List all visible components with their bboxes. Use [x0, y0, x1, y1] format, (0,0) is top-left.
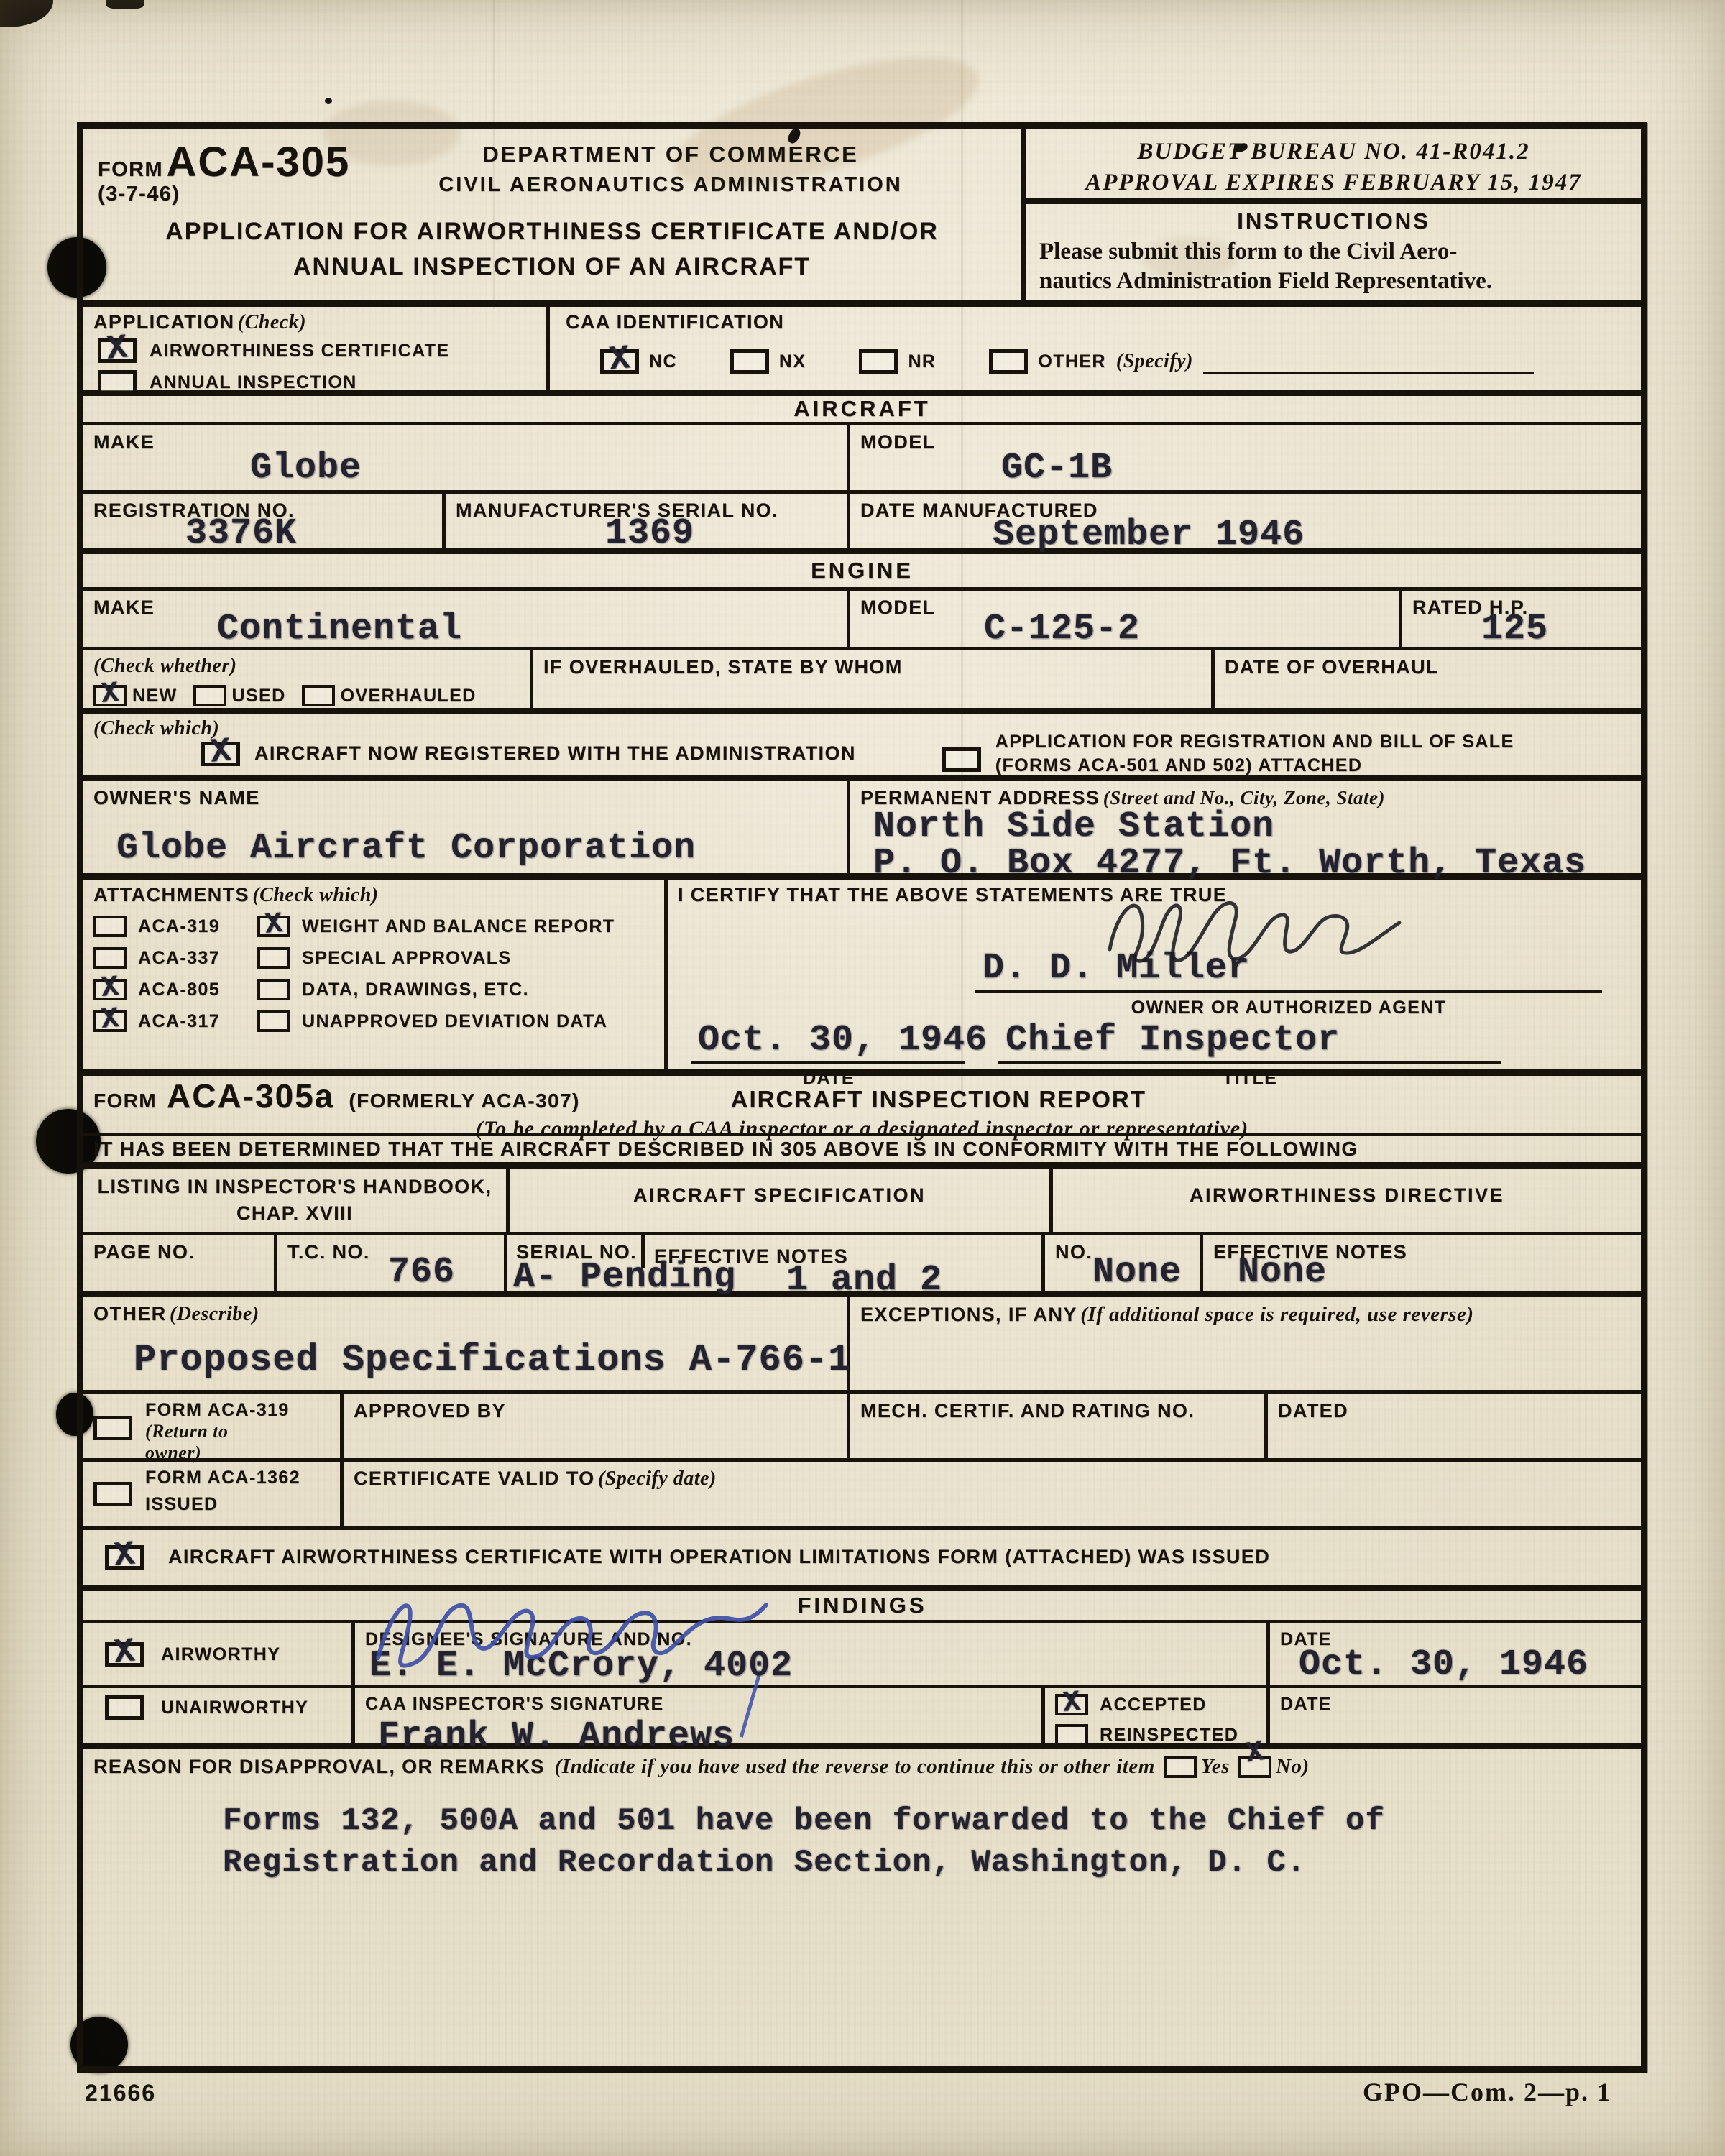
- engine-make-row: MAKE Continental MODEL C-125-2 RATED H.P…: [83, 591, 1641, 650]
- application-cell: APPLICATION (Check) X AIRWORTHINESS CERT…: [83, 307, 550, 390]
- aca1362-cell: FORM ACA-1362 ISSUED: [83, 1462, 344, 1526]
- application-row: APPLICATION (Check) X AIRWORTHINESS CERT…: [83, 307, 1641, 396]
- rated-hp-value: 125: [1481, 609, 1631, 650]
- used-label: USED: [232, 686, 286, 706]
- certificate-valid-italic: (Specify date): [598, 1468, 717, 1490]
- instructions-line1: Please submit this form to the Civil Aer…: [1039, 237, 1628, 267]
- registration-attached-checkbox[interactable]: [942, 747, 981, 772]
- checkbox-mark: X: [100, 972, 120, 1005]
- owner-name-label: OWNER'S NAME: [93, 787, 837, 809]
- listing-header-line1: LISTING IN INSPECTOR'S HANDBOOK,: [93, 1176, 496, 1198]
- nc-checkbox[interactable]: X: [600, 349, 639, 374]
- other-describe-value: Proposed Specifications A-766-1: [134, 1339, 837, 1381]
- aca-319-checkbox[interactable]: [93, 916, 126, 937]
- dated-cell: DATED: [1268, 1394, 1641, 1458]
- inspection-date-label: DATE: [1280, 1694, 1631, 1715]
- directive-no-value: None: [1092, 1252, 1190, 1293]
- accepted-checkbox[interactable]: X: [1055, 1694, 1088, 1715]
- airworthiness-certificate-label: AIRWORTHINESS CERTIFICATE: [149, 341, 449, 361]
- aircraft-spec-header-cell: AIRCRAFT SPECIFICATION: [510, 1169, 1053, 1232]
- registered-label: AIRCRAFT NOW REGISTERED WITH THE ADMINIS…: [254, 742, 856, 765]
- attachments-label: ATTACHMENTS: [93, 884, 249, 906]
- caa-inspector-cell: CAA INSPECTOR'S SIGNATURE Frank W. Andre…: [355, 1688, 1045, 1743]
- listing-header-line2: CHAP. XVIII: [93, 1202, 496, 1225]
- application-label-italic: (Check): [238, 311, 306, 333]
- other-exceptions-row: OTHER (Describe) Proposed Specifications…: [83, 1297, 1641, 1394]
- aca-337-checkbox[interactable]: [93, 947, 126, 969]
- owner-row: OWNER'S NAME Globe Aircraft Corporation …: [83, 781, 1641, 880]
- unairworthy-label: UNAIRWORTHY: [161, 1697, 308, 1718]
- exceptions-cell: EXCEPTIONS, IF ANY (If additional space …: [850, 1297, 1641, 1390]
- caa-identification-label: CAA IDENTIFICATION: [566, 311, 1631, 333]
- aca1362-row: FORM ACA-1362 ISSUED CERTIFICATE VALID T…: [83, 1462, 1641, 1530]
- instructions-body: Please submit this form to the Civil Aer…: [1039, 237, 1628, 297]
- unapproved-deviation-label: UNAPPROVED DEVIATION DATA: [302, 1011, 607, 1032]
- remarks-label: REASON FOR DISAPPROVAL, OR REMARKS: [93, 1756, 545, 1778]
- owner-agent-label: OWNER OR AUTHORIZED AGENT: [975, 998, 1602, 1018]
- reverse-no-checkbox[interactable]: X: [1238, 1756, 1271, 1778]
- aca319-return-cell: FORM ACA-319 (Return to owner): [83, 1394, 344, 1458]
- new-label: NEW: [132, 686, 178, 706]
- inspection-date-cell: DATE: [1270, 1688, 1641, 1743]
- aca-805-checkbox[interactable]: X: [93, 979, 126, 1000]
- owner-address-label: PERMANENT ADDRESS: [860, 787, 1100, 808]
- special-approvals-label: SPECIAL APPROVALS: [302, 948, 511, 969]
- tc-no-value: 766: [388, 1252, 494, 1293]
- tc-no-cell: T.C. NO. 766: [277, 1235, 507, 1291]
- airworthy-checkbox[interactable]: X: [105, 1642, 144, 1667]
- data-drawings-checkbox[interactable]: [257, 979, 290, 1000]
- accepted-reinspected-cell: X ACCEPTED REINSPECTED: [1045, 1688, 1270, 1743]
- caa-identification-cell: CAA IDENTIFICATION X NC NX NR OTHER (Spe…: [550, 307, 1641, 390]
- certify-title-line[interactable]: [998, 1061, 1501, 1064]
- gpo-imprint: GPO—Com. 2—p. 1: [1363, 2077, 1611, 2107]
- form-number: ACA-305: [166, 139, 350, 185]
- reinspected-checkbox[interactable]: [1055, 1724, 1088, 1746]
- airworthy-cell: X AIRWORTHY: [83, 1623, 355, 1685]
- aircraft-model-cell: MODEL GC-1B: [850, 425, 1641, 490]
- caa-inspector-label: CAA INSPECTOR'S SIGNATURE: [365, 1694, 1031, 1715]
- overhauled-by-cell: IF OVERHAULED, STATE BY WHOM: [533, 650, 1215, 708]
- header-right: BUDGET BUREAU NO. 41-R041.2 APPROVAL EXP…: [1026, 129, 1641, 300]
- department-line2: CIVIL AERONAUTICS ADMINISTRATION: [356, 173, 985, 197]
- checkbox-mark: X: [264, 908, 284, 942]
- aca319-return-row: FORM ACA-319 (Return to owner) APPROVED …: [83, 1394, 1641, 1462]
- owner-address-line1: North Side Station: [873, 806, 1631, 847]
- registration-no-value: 3376K: [185, 513, 432, 554]
- other-specify-blank[interactable]: [1203, 350, 1534, 374]
- exceptions-label: EXCEPTIONS, IF ANY: [860, 1304, 1077, 1325]
- aca-317-label: ACA-317: [138, 1011, 246, 1032]
- remarks-label-italic: (Indicate if you have used the reverse t…: [555, 1755, 1155, 1779]
- attachments-cell: ATTACHMENTS (Check which) ACA-319 X WEIG…: [83, 880, 668, 1069]
- certify-date-line[interactable]: [691, 1061, 965, 1064]
- certificate-valid-label: CERTIFICATE VALID TO: [354, 1468, 595, 1489]
- engine-make-value: Continental: [217, 609, 837, 650]
- data-drawings-label: DATA, DRAWINGS, ETC.: [302, 980, 529, 1000]
- unapproved-deviation-checkbox[interactable]: [257, 1010, 290, 1032]
- weight-balance-checkbox[interactable]: X: [257, 916, 290, 937]
- ink-speck: [0, 0, 53, 27]
- budget-bureau-box: BUDGET BUREAU NO. 41-R041.2 APPROVAL EXP…: [1026, 129, 1641, 204]
- overhauled-by-label: IF OVERHAULED, STATE BY WHOM: [543, 656, 1201, 678]
- unairworthy-cell: UNAIRWORTHY: [83, 1688, 355, 1743]
- spec-serial-value: A- Pending: [513, 1257, 736, 1298]
- form-aca319-label: FORM ACA-319: [145, 1400, 290, 1421]
- ink-speck: [325, 98, 332, 104]
- form-aca1362-label: FORM ACA-1362: [145, 1468, 300, 1488]
- reverse-yes-label: Yes: [1201, 1755, 1230, 1779]
- remarks-line1: Forms 132, 500A and 501 have been forwar…: [223, 1803, 1631, 1839]
- registration-attached-line2: (FORMS ACA-501 AND 502) ATTACHED: [995, 755, 1514, 776]
- date-manufactured-value: September 1946: [993, 515, 1631, 556]
- directive-no-cell: NO. None: [1045, 1235, 1203, 1291]
- nc-label: NC: [649, 351, 677, 372]
- header-left: FORM ACA-305 (3-7-46) DEPARTMENT OF COMM…: [83, 129, 1026, 300]
- airworthiness-certificate-checkbox[interactable]: X: [98, 338, 137, 363]
- mech-certif-cell: MECH. CERTIF. AND RATING NO.: [850, 1394, 1268, 1458]
- other-label: OTHER: [1038, 351, 1106, 372]
- checkbox-mark: X: [100, 678, 120, 711]
- attachments-certify-row: ATTACHMENTS (Check which) ACA-319 X WEIG…: [83, 880, 1641, 1076]
- inspection-form-word: FORM: [93, 1089, 157, 1112]
- form-id-block: FORM ACA-305 (3-7-46): [98, 139, 356, 206]
- aircraft-make-model-row: MAKE Globe MODEL GC-1B: [83, 425, 1641, 494]
- other-checkbox[interactable]: [989, 349, 1028, 374]
- certify-date-value: Oct. 30, 1946: [698, 1020, 980, 1061]
- certificate-issued-label: AIRCRAFT AIRWORTHINESS CERTIFICATE WITH …: [168, 1546, 1270, 1568]
- caa-inspector-row: UNAIRWORTHY CAA INSPECTOR'S SIGNATURE Fr…: [83, 1688, 1641, 1749]
- page-no-label: PAGE NO.: [93, 1241, 264, 1263]
- remarks-row: REASON FOR DISAPPROVAL, OR REMARKS (Indi…: [83, 1749, 1641, 2066]
- instructions-title: INSTRUCTIONS: [1039, 208, 1628, 234]
- accepted-label: ACCEPTED: [1100, 1695, 1207, 1715]
- aircraft-make-cell: MAKE Globe: [83, 425, 850, 490]
- mech-certif-label: MECH. CERTIF. AND RATING NO.: [860, 1400, 1254, 1422]
- findings-section-bar: FINDINGS: [83, 1591, 1641, 1623]
- form-aca319-return1: (Return to: [145, 1421, 290, 1442]
- exceptions-italic: (If additional space is required, use re…: [1080, 1303, 1473, 1326]
- new-checkbox[interactable]: X: [93, 685, 126, 706]
- form-aca319-checkbox[interactable]: [93, 1416, 132, 1440]
- other-specify-label: (Specify): [1116, 350, 1193, 373]
- annual-inspection-checkbox[interactable]: [98, 370, 137, 395]
- aircraft-spec-header: AIRCRAFT SPECIFICATION: [633, 1184, 926, 1206]
- checkbox-mark: X: [106, 329, 129, 369]
- registration-status-row: (Check which) X AIRCRAFT NOW REGISTERED …: [83, 714, 1641, 781]
- nx-label: NX: [779, 351, 806, 372]
- other-describe-label: OTHER: [93, 1303, 167, 1325]
- airworthy-label: AIRWORTHY: [161, 1644, 280, 1665]
- used-checkbox[interactable]: [193, 685, 226, 706]
- directive-notes-value: None: [1238, 1252, 1631, 1293]
- form-aca319-return2: owner): [145, 1442, 290, 1464]
- engine-section-bar: ENGINE: [83, 554, 1641, 591]
- certificate-issued-checkbox[interactable]: X: [105, 1545, 144, 1570]
- application-label: APPLICATION: [93, 311, 234, 333]
- checkbox-mark: X: [100, 1003, 120, 1037]
- determination-row: IT HAS BEEN DETERMINED THAT THE AIRCRAFT…: [83, 1136, 1641, 1169]
- owner-address-cell: PERMANENT ADDRESS (Street and No., City,…: [850, 781, 1641, 873]
- attachments-label-italic: (Check which): [252, 884, 378, 906]
- inspection-form-number: ACA-305a: [167, 1077, 334, 1115]
- unairworthy-checkbox[interactable]: [105, 1695, 144, 1720]
- overhaul-date-label: DATE OF OVERHAUL: [1225, 656, 1631, 678]
- other-describe-cell: OTHER (Describe) Proposed Specifications…: [83, 1297, 850, 1390]
- weight-balance-label: WEIGHT AND BALANCE REPORT: [302, 916, 615, 937]
- budget-bureau-line2: APPROVAL EXPIRES FEBRUARY 15, 1947: [1026, 170, 1641, 196]
- reverse-yes-checkbox[interactable]: [1164, 1756, 1197, 1778]
- checkbox-mark: X: [608, 340, 632, 379]
- findings-section-title: FINDINGS: [797, 1593, 926, 1618]
- airworthiness-directive-header: AIRWORTHINESS DIRECTIVE: [1190, 1184, 1504, 1206]
- registration-no-cell: REGISTRATION NO. 3376K: [83, 494, 446, 548]
- designee-signature-image: [369, 1577, 786, 1685]
- form-title-line2: ANNUAL INSPECTION OF AN AIRCRAFT: [98, 253, 1006, 281]
- other-describe-italic: (Describe): [170, 1303, 259, 1325]
- owner-name-value: Globe Aircraft Corporation: [116, 828, 837, 869]
- aca-317-checkbox[interactable]: X: [93, 1010, 126, 1032]
- checkbox-mark: X: [1062, 1687, 1082, 1720]
- directive-notes-cell: EFFECTIVE NOTES None: [1203, 1235, 1641, 1291]
- owner-address-label-italic: (Street and No., City, Zone, State): [1103, 787, 1385, 808]
- scanned-form-page: FORM ACA-305 (3-7-46) DEPARTMENT OF COMM…: [0, 0, 1725, 2156]
- registered-checkbox[interactable]: X: [201, 742, 240, 766]
- approved-by-label: APPROVED BY: [354, 1400, 837, 1422]
- certificate-issued-row: X AIRCRAFT AIRWORTHINESS CERTIFICATE WIT…: [83, 1530, 1641, 1591]
- dated-label: DATED: [1278, 1400, 1631, 1422]
- spec-notes-value: 1 and 2: [786, 1260, 942, 1301]
- ink-speck: [106, 0, 144, 9]
- aircraft-section-title: AIRCRAFT: [793, 396, 930, 422]
- form-word: FORM: [98, 158, 163, 181]
- designee-row: X AIRWORTHY DESIGNEE'S SIGNATURE AND NO.…: [83, 1623, 1641, 1688]
- department-block: DEPARTMENT OF COMMERCE CIVIL AERONAUTICS…: [356, 139, 1006, 206]
- engine-condition-row: (Check whether) X NEW USED OVERHAULED IF…: [83, 650, 1641, 714]
- engine-section-title: ENGINE: [811, 558, 914, 584]
- page-no-cell: PAGE NO.: [83, 1235, 277, 1291]
- inspection-formerly: (FORMERLY ACA-307): [349, 1089, 579, 1112]
- spec-serial-notes-cell: SERIAL NO. EFFECTIVE NOTES A- Pending 1 …: [507, 1235, 1045, 1291]
- conformity-table-header-row: LISTING IN INSPECTOR'S HANDBOOK, CHAP. X…: [83, 1169, 1641, 1235]
- remarks-line2: Registration and Recordation Section, Wa…: [223, 1845, 1631, 1881]
- form-title-line1: APPLICATION FOR AIRWORTHINESS CERTIFICAT…: [98, 218, 1006, 246]
- owner-address-line2: P. O. Box 4277, Ft. Worth, Texas: [873, 843, 1631, 884]
- aircraft-registration-row: REGISTRATION NO. 3376K MANUFACTURER'S SE…: [83, 494, 1641, 554]
- form-aca-305: FORM ACA-305 (3-7-46) DEPARTMENT OF COMM…: [77, 122, 1647, 2073]
- inspection-report-header-row: FORM ACA-305a (FORMERLY ACA-307) AIRCRAF…: [83, 1076, 1641, 1136]
- listing-header-cell: LISTING IN INSPECTOR'S HANDBOOK, CHAP. X…: [83, 1169, 510, 1232]
- reverse-no-label: No): [1276, 1755, 1310, 1779]
- aircraft-section-bar: AIRCRAFT: [83, 396, 1641, 425]
- instructions-box: INSTRUCTIONS Please submit this form to …: [1026, 204, 1641, 300]
- engine-condition-cell: (Check whether) X NEW USED OVERHAULED: [83, 650, 533, 708]
- rated-hp-cell: RATED H.P. 125: [1402, 591, 1641, 647]
- owner-signature-image: [1099, 881, 1408, 967]
- airworthiness-directive-header-cell: AIRWORTHINESS DIRECTIVE: [1053, 1169, 1641, 1232]
- certify-title-value: Chief Inspector: [1006, 1020, 1631, 1061]
- designee-date-value: Oct. 30, 1946: [1299, 1644, 1631, 1685]
- department-line1: DEPARTMENT OF COMMERCE: [356, 142, 985, 167]
- owner-signature-line[interactable]: [975, 990, 1602, 993]
- serial-no-cell: MANUFACTURER'S SERIAL NO. 1369: [446, 494, 850, 548]
- certificate-valid-cell: CERTIFICATE VALID TO (Specify date): [344, 1462, 1641, 1526]
- inspection-report-title: AIRCRAFT INSPECTION REPORT: [731, 1086, 1146, 1113]
- designee-signature-cell: DESIGNEE'S SIGNATURE AND NO. E. E. McCro…: [355, 1623, 1270, 1685]
- nx-checkbox[interactable]: [730, 349, 769, 374]
- aircraft-model-value: GC-1B: [1001, 448, 1631, 489]
- conformity-table-value-row: PAGE NO. T.C. NO. 766 SERIAL NO. EFFECTI…: [83, 1235, 1641, 1297]
- owner-name-cell: OWNER'S NAME Globe Aircraft Corporation: [83, 781, 850, 873]
- header-row: FORM ACA-305 (3-7-46) DEPARTMENT OF COMM…: [83, 129, 1641, 307]
- form-aca1362-issued-label: ISSUED: [145, 1494, 300, 1515]
- certification-cell: I CERTIFY THAT THE ABOVE STATEMENTS ARE …: [668, 880, 1641, 1069]
- registration-attached-line1: APPLICATION FOR REGISTRATION AND BILL OF…: [995, 732, 1514, 752]
- date-manufactured-cell: DATE MANUFACTURED September 1946: [850, 494, 1641, 548]
- checkbox-mark: X: [113, 1536, 137, 1575]
- checkbox-mark: X: [113, 1633, 137, 1672]
- aircraft-make-value: Globe: [250, 448, 837, 489]
- engine-model-value: C-125-2: [984, 609, 1389, 650]
- budget-bureau-line1: BUDGET BUREAU NO. 41-R041.2: [1026, 139, 1641, 165]
- checkbox-mark: X: [209, 732, 233, 772]
- print-code: 21666: [85, 2080, 156, 2106]
- nr-label: NR: [908, 351, 936, 372]
- special-approvals-checkbox[interactable]: [257, 947, 290, 969]
- engine-make-cell: MAKE Continental: [83, 591, 850, 647]
- instructions-line2: nautics Administration Field Representat…: [1039, 267, 1628, 296]
- check-whether-label: (Check whether): [93, 655, 520, 678]
- overhauled-label: OVERHAULED: [341, 686, 477, 706]
- form-aca1362-checkbox[interactable]: [93, 1482, 132, 1506]
- overhauled-checkbox[interactable]: [302, 685, 335, 706]
- designee-date-cell: DATE Oct. 30, 1946: [1270, 1623, 1641, 1685]
- annual-inspection-label: ANNUAL INSPECTION: [149, 372, 357, 393]
- determination-statement: IT HAS BEEN DETERMINED THAT THE AIRCRAFT…: [93, 1138, 1358, 1161]
- aca-805-label: ACA-805: [138, 980, 246, 1000]
- aca-337-label: ACA-337: [138, 948, 246, 969]
- reinspected-label: REINSPECTED: [1100, 1725, 1238, 1746]
- aca-319-label: ACA-319: [138, 916, 246, 937]
- engine-model-cell: MODEL C-125-2: [850, 591, 1402, 647]
- approved-by-cell: APPROVED BY: [344, 1394, 850, 1458]
- overhaul-date-cell: DATE OF OVERHAUL: [1215, 650, 1641, 708]
- nr-checkbox[interactable]: [859, 349, 898, 374]
